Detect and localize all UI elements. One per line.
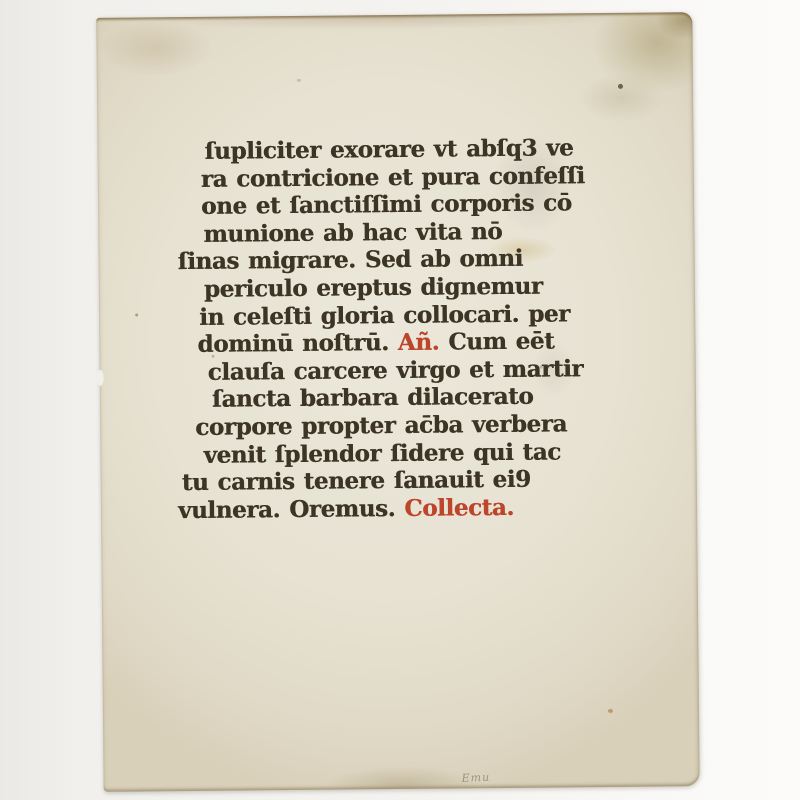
text-line: ſancta barbara dilacerato: [212, 382, 630, 414]
body-text: periculo ereptus dignemur: [204, 273, 543, 303]
body-text: clauſa carcere virgo et martir: [208, 355, 584, 386]
body-text: in celeſti gloria collocari. per: [199, 300, 570, 331]
photograph-background: ſupliciter exorare vt abſq3 vera contric…: [0, 0, 800, 800]
text-line: venit ſplendor ſidere qui tac: [203, 437, 630, 469]
worn-edge-notch: [97, 370, 104, 386]
text-line: ra contricione et pura confeſſi: [201, 161, 628, 193]
body-text: ſancta barbara dilacerato: [212, 383, 534, 413]
stain-speck: [297, 79, 301, 82]
stain-speck: [618, 84, 623, 89]
manuscript-text-block: ſupliciter exorare vt abſq3 vera contric…: [172, 134, 631, 525]
text-line: one et ſanctiſſimi corporis cō: [201, 189, 628, 221]
text-line: in celeſti gloria collocari. per: [199, 299, 629, 331]
rubric-text: Collecta.: [404, 494, 514, 522]
stain-speck: [608, 709, 613, 713]
pencil-inscription: Emu: [461, 771, 490, 785]
text-line: clauſa carcere virgo et martir: [208, 355, 630, 387]
body-text: munione ab hac vita nō: [203, 218, 502, 248]
body-text: corpore propter ac̄ba verbera: [195, 410, 567, 441]
manuscript-leaf: ſupliciter exorare vt abſq3 vera contric…: [96, 12, 699, 792]
text-line: corpore propter ac̄ba verbera: [195, 410, 630, 442]
body-text: Cum eēt: [439, 328, 554, 356]
text-line: ſinas migrare. Sed ab omni: [178, 244, 629, 276]
body-text: ſinas migrare. Sed ab omni: [178, 245, 523, 275]
text-line: ſupliciter exorare vt abſq3 ve: [204, 134, 627, 166]
stain-speck: [135, 313, 138, 316]
body-text: one et ſanctiſſimi corporis cō: [201, 190, 572, 221]
text-line: periculo ereptus dignemur: [204, 272, 629, 304]
body-text: venit ſplendor ſidere qui tac: [203, 438, 561, 468]
text-line: dominū noſtrū. Añ. Cum eēt: [197, 327, 629, 359]
text-line: vulnera. Oremus. Collecta.: [178, 492, 631, 524]
body-text: ſupliciter exorare vt abſq3 ve: [204, 134, 573, 165]
body-text: tu carnis tenere ſanauit ei9: [182, 466, 531, 496]
body-text: ra contricione et pura confeſſi: [201, 162, 585, 193]
body-text: dominū noſtrū.: [197, 329, 398, 358]
body-text: vulnera. Oremus.: [178, 495, 404, 524]
rubric-text: Añ.: [398, 329, 440, 356]
text-line: munione ab hac vita nō: [203, 217, 628, 249]
text-line: tu carnis tenere ſanauit ei9: [182, 465, 631, 497]
